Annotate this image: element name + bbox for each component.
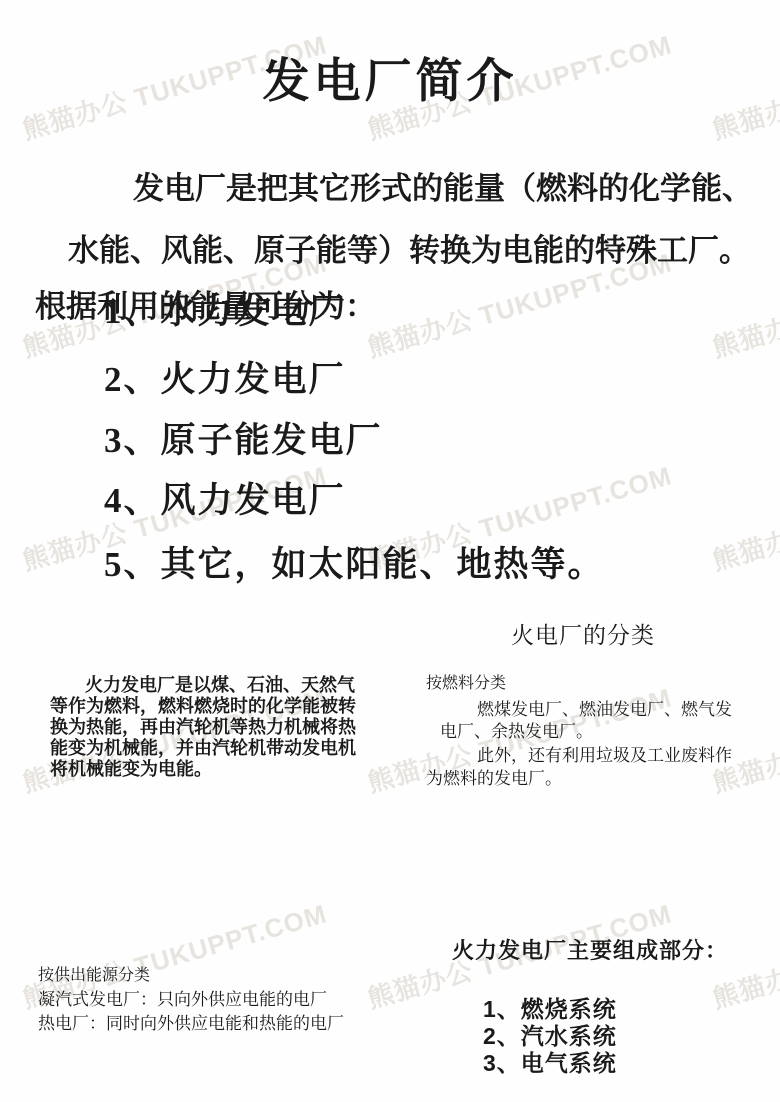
thermal-principle-line: 换为热能，再由汽轮机等热力机械将热: [50, 717, 356, 738]
plant-type-item: 1、水力发电厂: [104, 291, 346, 333]
by-fuel-line: 燃煤发电厂、燃油发电厂、燃气发: [477, 700, 732, 720]
plant-type-item: 5、其它，如太阳能、地热等。: [104, 544, 605, 586]
intro-paragraph-line: 发电厂是把其它形式的能量（燃料的化学能、: [133, 171, 753, 207]
intro-paragraph-line: 水能、风能、原子能等）转换为电能的特殊工厂。: [68, 233, 750, 269]
plant-type-item: 2、火力发电厂: [104, 359, 346, 401]
watermark-text: 熊猫办公 TUKUPPT.COM: [709, 458, 780, 578]
thermal-principle-line: 等作为燃料，燃料燃烧时的化学能被转: [50, 696, 356, 717]
composition-heading: 火力发电厂主要组成部分：: [452, 938, 728, 964]
plant-type-item: 3、原子能发电厂: [104, 420, 383, 462]
slide-page: 熊猫办公 TUKUPPT.COM 熊猫办公 TUKUPPT.COM 熊猫办公 T…: [0, 0, 780, 1102]
composition-item: 2、汽水系统: [483, 1023, 617, 1049]
composition-item: 1、燃烧系统: [483, 996, 617, 1022]
by-output-heading: 按供出能源分类: [38, 966, 150, 986]
by-output-line: 热电厂：同时向外供应电能和热能的电厂: [38, 1014, 344, 1034]
by-fuel-heading: 按燃料分类: [426, 674, 506, 694]
by-output-line: 凝汽式发电厂：只向外供应电能的电厂: [38, 990, 327, 1010]
classification-heading: 火电厂的分类: [511, 622, 655, 649]
slide-title: 发电厂简介: [0, 54, 780, 110]
composition-item: 3、电气系统: [483, 1050, 617, 1076]
watermark-text: 熊猫办公 TUKUPPT.COM: [709, 680, 780, 800]
thermal-principle-line: 火力发电厂是以煤、石油、天然气: [85, 675, 355, 696]
plant-type-item: 4、风力发电厂: [104, 480, 346, 522]
by-fuel-line: 为燃料的发电厂。: [426, 769, 562, 789]
thermal-principle-line: 能变为机械能，并由汽轮机带动发电机: [50, 738, 356, 759]
thermal-principle-line: 将机械能变为电能。: [50, 759, 212, 780]
by-fuel-line: 此外，还有利用垃圾及工业废料作: [477, 746, 732, 766]
by-fuel-line: 电厂、余热发电厂。: [440, 722, 593, 742]
